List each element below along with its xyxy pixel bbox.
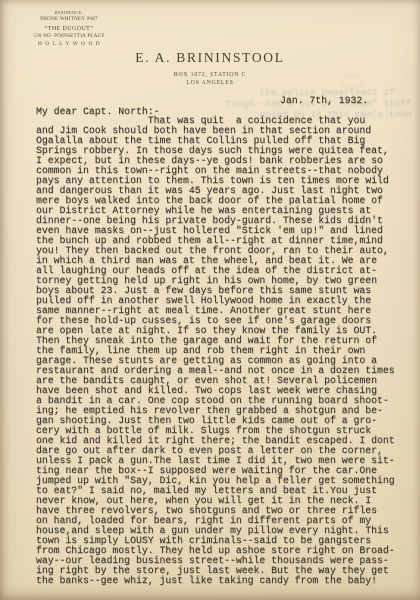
letter-page: RESIDENCE: PHONE WHITNEY 0987 “THE DUGOU… xyxy=(0,0,420,600)
date-line: Jan. 7th, 1932. xyxy=(280,95,368,106)
residence-house-name: “THE DUGOUT” xyxy=(14,26,124,33)
residence-street: 530 NO. POINSETTIA PLACE xyxy=(14,34,124,40)
letterhead-residence-block: RESIDENCE: PHONE WHITNEY 0987 “THE DUGOU… xyxy=(14,11,124,48)
residence-phone: PHONE WHITNEY 0987 xyxy=(14,17,124,23)
residence-label: RESIDENCE: xyxy=(14,11,124,16)
ghost-smudge xyxy=(342,74,362,89)
letter-body: That was quit a coincidence that youand … xyxy=(36,116,395,586)
residence-city: HOLLYWOOD xyxy=(14,42,124,48)
typed-line: the banks--gee whiz, just like taking ca… xyxy=(36,576,395,586)
letterhead-name: E. A. BRININSTOOL xyxy=(0,50,420,66)
